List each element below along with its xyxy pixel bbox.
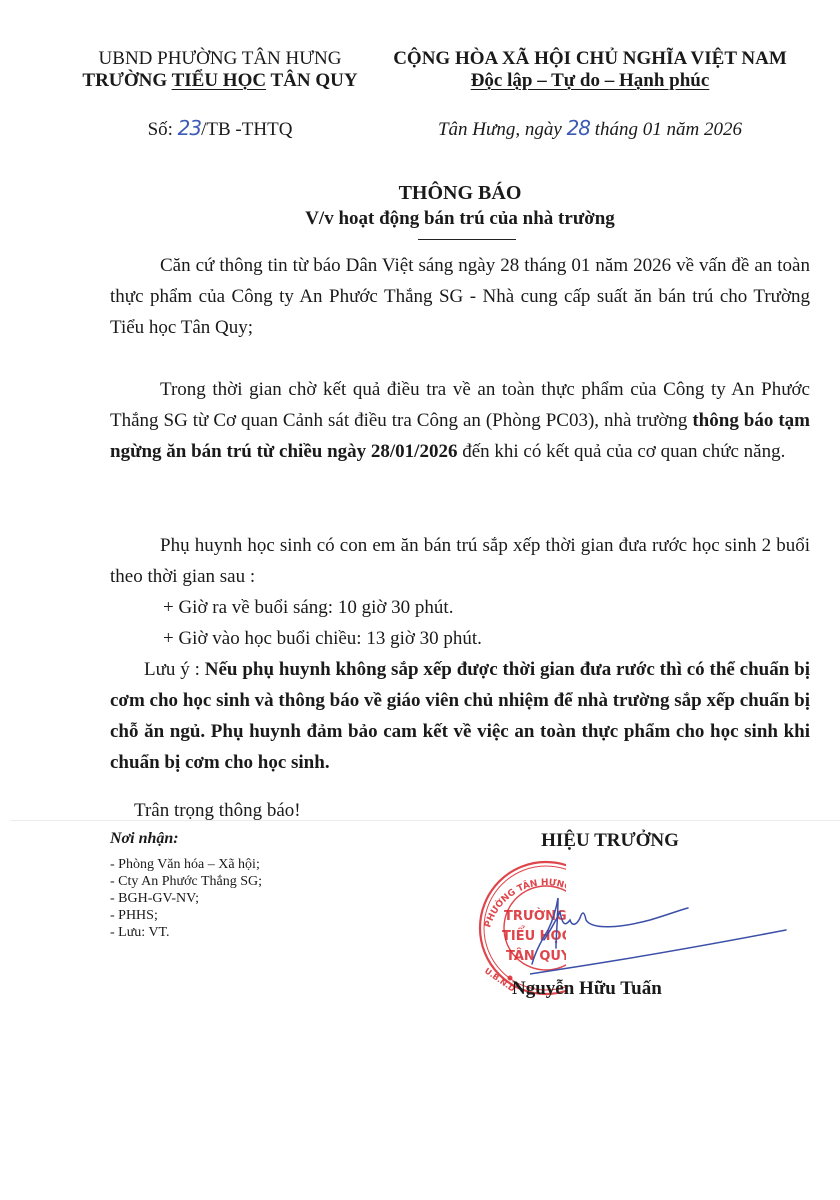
paragraph-suspension-tail: đến khi có kết quả của cơ quan chức năng… — [457, 441, 785, 462]
issuing-authority-block: UBND PHƯỜNG TÂN HƯNG TRƯỜNG TIỂU HỌC TÂN… — [40, 48, 400, 92]
date-day-handwritten: 28 — [567, 116, 590, 140]
doc-no-suffix: /TB -THTQ — [201, 119, 292, 140]
paragraph-suspension: Trong thời gian chờ kết quả điều tra về … — [110, 374, 810, 467]
signer-title: HIỆU TRƯỞNG — [460, 830, 760, 852]
recipients-title: Nơi nhận: — [110, 830, 179, 848]
title-divider — [418, 239, 516, 240]
document-subject: V/v hoạt động bán trú của nhà trường — [100, 208, 820, 230]
nation-title: CỘNG HÒA XÃ HỘI CHỦ NGHĨA VIỆT NAM — [360, 48, 820, 70]
note-label: Lưu ý : — [144, 659, 205, 680]
note-text: Nếu phụ huynh không sắp xếp được thời gi… — [110, 659, 810, 773]
recipient-item: - Cty An Phước Thắng SG; — [110, 873, 262, 890]
closing-line: Trân trọng thông báo! — [134, 795, 301, 826]
date-prefix: Tân Hưng, ngày — [438, 119, 567, 140]
document-title: THÔNG BÁO — [100, 182, 820, 205]
recipient-item: - BGH-GV-NV; — [110, 890, 262, 907]
document-number: Số: 23/TB -THTQ — [40, 116, 400, 141]
authority-name: UBND PHƯỜNG TÂN HƯNG — [40, 48, 400, 70]
national-motto-text: Độc lập – Tự do – Hạnh phúc — [471, 70, 710, 91]
school-name-suffix: TÂN QUY — [266, 70, 358, 91]
recipient-item: - Lưu: VT. — [110, 924, 262, 941]
paragraph-parents: Phụ huynh học sinh có con em ăn bán trú … — [110, 530, 810, 592]
recipient-item: - Phòng Văn hóa – Xã hội; — [110, 856, 262, 873]
school-name: TRƯỜNG TIỂU HỌC TÂN QUY — [40, 70, 400, 92]
doc-no-label: Số: — [148, 119, 178, 140]
recipient-item: - PHHS; — [110, 907, 262, 924]
school-name-underlined: TIỂU HỌC — [172, 70, 267, 91]
schedule-item-morning: + Giờ ra về buổi sáng: 10 giờ 30 phút. — [163, 592, 453, 623]
doc-no-handwritten: 23 — [178, 116, 201, 140]
national-motto: Độc lập – Tự do – Hạnh phúc — [360, 70, 820, 92]
paragraph-note: Lưu ý : Nếu phụ huynh không sắp xếp được… — [110, 654, 810, 778]
handwritten-signature — [530, 870, 790, 990]
date-suffix: tháng 01 năm 2026 — [590, 119, 742, 140]
school-name-prefix: TRƯỜNG — [82, 70, 171, 91]
paragraph-basis: Căn cứ thông tin từ báo Dân Việt sáng ng… — [110, 250, 810, 343]
scan-fold-line — [10, 820, 840, 821]
place-and-date: Tân Hưng, ngày 28 tháng 01 năm 2026 — [360, 116, 820, 141]
schedule-item-afternoon: + Giờ vào học buổi chiều: 13 giờ 30 phút… — [163, 623, 482, 654]
recipients-list: - Phòng Văn hóa – Xã hội; - Cty An Phước… — [110, 856, 262, 941]
signer-name: Nguyễn Hữu Tuấn — [512, 978, 662, 1000]
national-header-block: CỘNG HÒA XÃ HỘI CHỦ NGHĨA VIỆT NAM Độc l… — [360, 48, 820, 92]
